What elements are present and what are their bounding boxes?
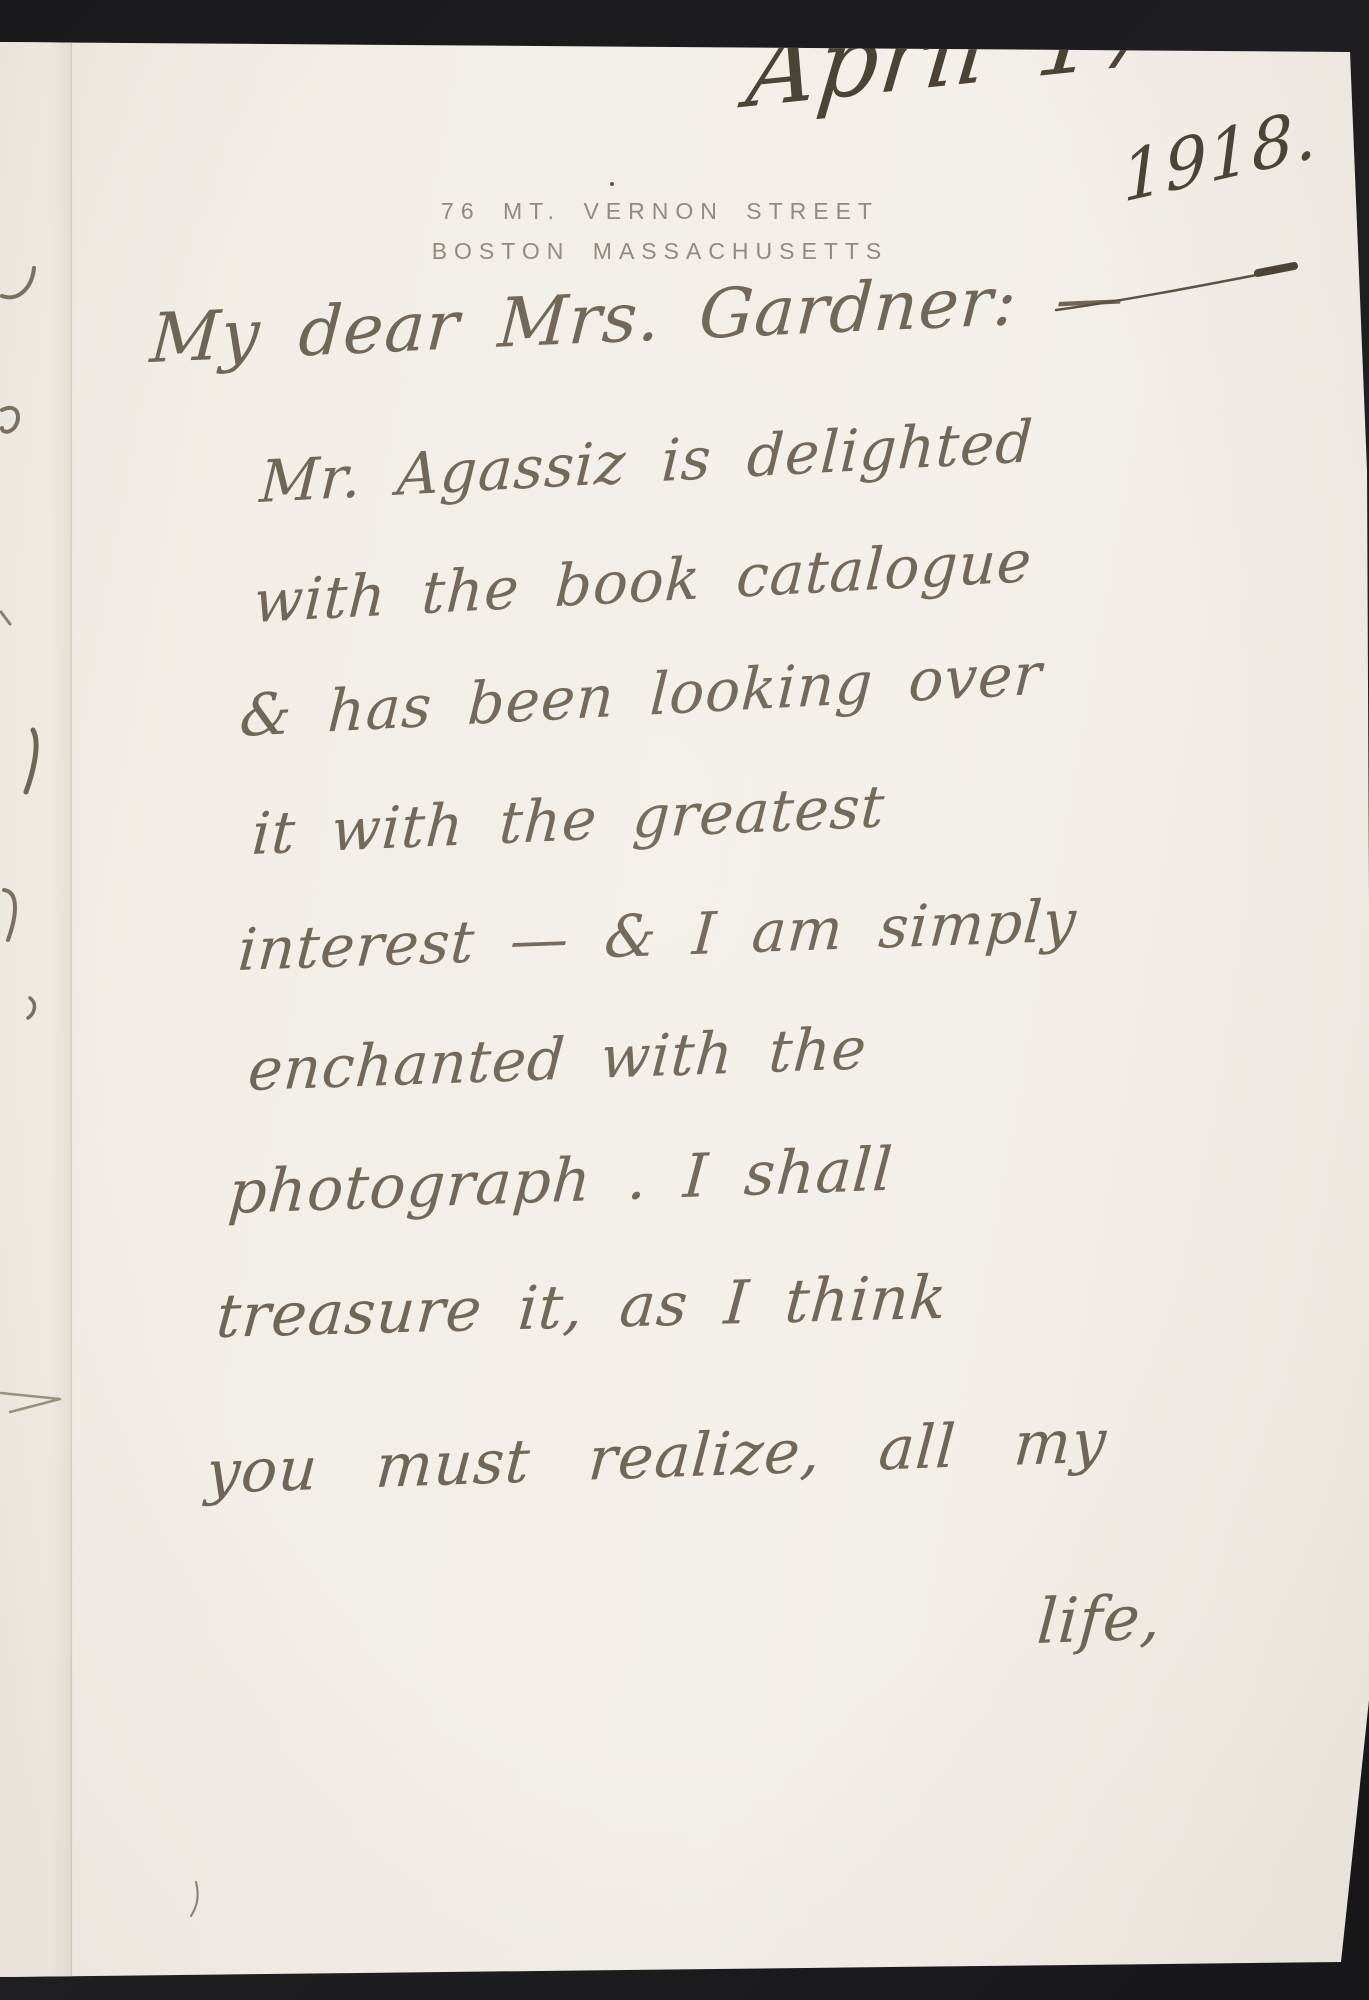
body-line-10: life, — [1035, 1580, 1164, 1658]
body-line-7: photograph . I shall — [226, 1135, 895, 1228]
body-line-4: it with the greatest — [250, 772, 887, 868]
body-line-5: interest — & I am simply — [236, 887, 1079, 984]
body-line-9: you must realize, all my — [204, 1406, 1109, 1508]
body-line-2: with the book catalogue — [252, 527, 1034, 636]
letterhead-city: BOSTON MASSACHUSETTS — [380, 238, 940, 265]
fold-crease — [71, 0, 75, 2000]
handwritten-year: 1918. — [1120, 94, 1319, 219]
salutation-line: My dear Mrs. Gardner: — — [148, 257, 1127, 379]
facing-page-edge — [0, 0, 72, 2000]
letterhead: 76 MT. VERNON STREET BOSTON MASSACHUSETT… — [380, 198, 940, 265]
body-line-1: Mr. Agassiz is delighted — [258, 407, 1035, 516]
handwritten-date: April 17th — [742, 0, 1214, 130]
body-line-8: treasure it, as I think — [214, 1263, 950, 1352]
body-line-6: enchanted with the — [246, 1014, 869, 1104]
date-month-day: April 17 — [742, 0, 1166, 130]
date-ordinal-suffix: th — [1159, 0, 1212, 41]
letter-paper: 76 MT. VERNON STREET BOSTON MASSACHUSETT… — [0, 0, 1369, 2000]
scan-background: 76 MT. VERNON STREET BOSTON MASSACHUSETT… — [0, 0, 1369, 2000]
stray-ink-fragment — [191, 1882, 198, 1916]
body-line-3: & has been looking over — [238, 640, 1044, 750]
letterhead-street: 76 MT. VERNON STREET — [380, 198, 940, 225]
date-underline-flourish-tip — [1258, 266, 1294, 273]
paper-speck — [610, 182, 614, 186]
